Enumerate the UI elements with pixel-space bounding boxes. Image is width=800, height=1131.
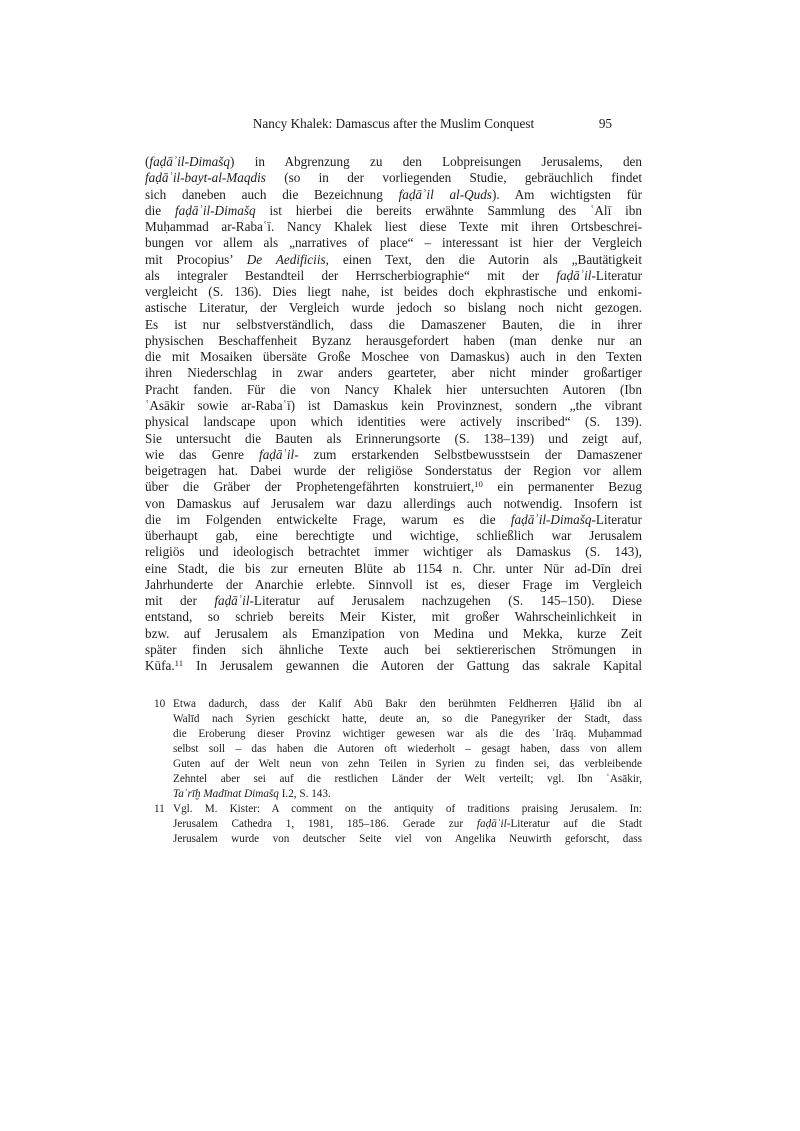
- text-line: vergleicht (S. 136). Dies liegt nahe, is…: [145, 284, 642, 300]
- text-line: entstand, so schrieb bereits Meir Kister…: [145, 609, 642, 625]
- text-segment: In Jerusalem gewannen die Autoren der Ga…: [183, 658, 642, 673]
- text-segment: mit der: [145, 593, 214, 608]
- text-segment: -Literatur auf die Stadt: [507, 818, 642, 830]
- footnote: 10Etwa dadurch, dass der Kalif Abū Bakr …: [145, 697, 642, 802]
- text-segment: ). Am wichtigsten für: [492, 187, 642, 202]
- text-line: faḍāʾil-bayt-al-Maqdis (so in der vorlie…: [145, 170, 642, 186]
- text-segment: mit Procopius’: [145, 252, 247, 267]
- text-line: die mit Mosaiken übersäte Große Moschee …: [145, 349, 642, 365]
- text-line: als integraler Bestandteil der Herrscher…: [145, 268, 642, 284]
- text-segment: Jerusalem wurde von deutscher Seite viel…: [173, 833, 642, 845]
- text-segment: bzw. auf Jerusalem als Emanzipation von …: [145, 626, 642, 641]
- footnote-ref: 11: [175, 658, 183, 668]
- text-segment: zum erstarkenden Selbstbewusstsein der D…: [299, 447, 642, 462]
- footnotes-section: 10Etwa dadurch, dass der Kalif Abū Bakr …: [145, 697, 642, 847]
- italic-text: faḍāʾil-: [259, 447, 299, 462]
- text-segment: Es ist nur selbstverständlich, dass die …: [145, 317, 642, 332]
- text-segment: ʿAsākir sowie ar-Rabaʿī) ist Damaskus ke…: [145, 398, 642, 413]
- text-segment: (so in der vorliegenden Studie, gebräuch…: [266, 170, 642, 185]
- italic-text: faḍāʾil-Dimašq: [175, 203, 256, 218]
- body-text: (faḍāʾil-Dimašq) in Abgrenzung zu den Lo…: [145, 154, 642, 675]
- text-line: die Eroberung dieser Provinz wichtiger g…: [173, 727, 642, 742]
- text-segment: Etwa dadurch, dass der Kalif Abū Bakr de…: [173, 698, 642, 710]
- text-segment: Kūfa.: [145, 658, 175, 673]
- text-line: sich daneben auch die Bezeichnung faḍāʾi…: [145, 187, 642, 203]
- italic-text: De Aedificiis: [247, 252, 326, 267]
- text-segment: astische Literatur, der Vergleich wurde …: [145, 300, 642, 315]
- running-head-title: Nancy Khalek: Damascus after the Muslim …: [145, 116, 642, 132]
- footnote-number: 11: [145, 802, 173, 817]
- text-line: Sie untersucht die Bauten als Erinnerung…: [145, 431, 642, 447]
- text-segment: überhaupt gab, eine berechtigte und wich…: [145, 528, 642, 543]
- text-segment: Muḥammad ar-Rabaʿī. Nancy Khalek liest d…: [145, 219, 642, 234]
- text-line: eine Stadt, die bis zur erneuten Blüte a…: [145, 561, 642, 577]
- text-line: mit der faḍāʾil-Literatur auf Jerusalem …: [145, 593, 642, 609]
- text-segment: physical landscape upon which identities…: [145, 414, 642, 429]
- italic-text: faḍāʾil-Dimašq: [149, 154, 230, 169]
- text-line: überhaupt gab, eine berechtigte und wich…: [145, 528, 642, 544]
- text-segment: von Damaskus auf Jerusalem war dazu alle…: [145, 496, 642, 511]
- text-segment: über die Gräber der Prophetengefährten k…: [145, 479, 474, 494]
- text-segment: religiös und ideologisch betrachtet imme…: [145, 544, 642, 559]
- text-line: Muḥammad ar-Rabaʿī. Nancy Khalek liest d…: [145, 219, 642, 235]
- text-segment: Jerusalem Cathedra 1, 1981, 185–186. Ger…: [173, 818, 477, 830]
- text-line: Guten auf der Welt neun von zehn Teilen …: [173, 757, 642, 772]
- text-segment: Zehntel aber sei auf die restlichen Länd…: [173, 773, 642, 785]
- text-line: von Damaskus auf Jerusalem war dazu alle…: [145, 496, 642, 512]
- text-segment: ist hierbei die bereits erwähnte Sammlun…: [256, 203, 642, 218]
- text-segment: vergleicht (S. 136). Dies liegt nahe, is…: [145, 284, 642, 299]
- text-line: Es ist nur selbstverständlich, dass die …: [145, 317, 642, 333]
- text-line: astische Literatur, der Vergleich wurde …: [145, 300, 642, 316]
- text-segment: Guten auf der Welt neun von zehn Teilen …: [173, 758, 642, 770]
- italic-text: faḍāʾil-bayt-al-Maqdis: [145, 170, 266, 185]
- text-segment: die: [145, 203, 175, 218]
- text-line: die im Folgenden entwickelte Frage, waru…: [145, 512, 642, 528]
- text-line: Vgl. M. Kister: A comment on the antiqui…: [173, 802, 642, 817]
- text-segment: Pracht fanden. Für die von Nancy Khalek …: [145, 382, 642, 397]
- text-line: Zehntel aber sei auf die restlichen Länd…: [173, 772, 642, 787]
- running-head: Nancy Khalek: Damascus after the Muslim …: [145, 116, 642, 132]
- text-segment: -Literatur auf Jerusalem nachzugehen (S.…: [250, 593, 643, 608]
- text-segment: eine Stadt, die bis zur erneuten Blüte a…: [145, 561, 642, 576]
- text-line: Etwa dadurch, dass der Kalif Abū Bakr de…: [173, 697, 642, 712]
- text-segment: entstand, so schrieb bereits Meir Kister…: [145, 609, 642, 624]
- text-segment: beigetragen hat. Dabei wurde der religiö…: [145, 463, 642, 478]
- footnote: 11Vgl. M. Kister: A comment on the antiq…: [145, 802, 642, 847]
- italic-text: faḍāʾil-Dimašq: [511, 512, 592, 527]
- text-line: selbst soll – das haben die Autoren oft …: [173, 742, 642, 757]
- text-line: über die Gräber der Prophetengefährten k…: [145, 479, 642, 495]
- text-line: Taʾrīḫ Madīnat Dimašq I.2, S. 143.: [173, 787, 642, 802]
- text-segment: -Literatur: [591, 512, 642, 527]
- footnote-number: 10: [145, 697, 173, 712]
- text-line: (faḍāʾil-Dimašq) in Abgrenzung zu den Lo…: [145, 154, 642, 170]
- text-line: Jahrhunderte der Anarchie erlebte. Sinnv…: [145, 577, 642, 593]
- text-segment: Jahrhunderte der Anarchie erlebte. Sinnv…: [145, 577, 642, 592]
- text-line: Jerusalem wurde von deutscher Seite viel…: [173, 832, 642, 847]
- text-line: ʿAsākir sowie ar-Rabaʿī) ist Damaskus ke…: [145, 398, 642, 414]
- text-line: Kūfa.11 In Jerusalem gewannen die Autore…: [145, 658, 642, 674]
- text-segment: , einen Text, den die Autorin als „Bautä…: [326, 252, 642, 267]
- journal-page: Nancy Khalek: Damascus after the Muslim …: [0, 0, 800, 1131]
- text-segment: -Literatur: [591, 268, 642, 283]
- text-segment: als integraler Bestandteil der Herrscher…: [145, 268, 556, 283]
- text-line: mit Procopius’ De Aedificiis, einen Text…: [145, 252, 642, 268]
- text-segment: ihren Niederschlag in zwar anders gearte…: [145, 365, 642, 380]
- text-segment: ) in Abgrenzung zu den Lobpreisungen Jer…: [230, 154, 642, 169]
- page-number: 95: [599, 116, 612, 132]
- text-segment: Vgl. M. Kister: A comment on the antiqui…: [173, 803, 642, 815]
- italic-text: Taʾrīḫ Madīnat Dimašq: [173, 788, 279, 800]
- footnote-ref: 10: [474, 479, 483, 489]
- footnote-text: Etwa dadurch, dass der Kalif Abū Bakr de…: [173, 697, 642, 802]
- text-segment: physischen Beschaffenheit Byzanz herausg…: [145, 333, 642, 348]
- text-segment: die im Folgenden entwickelte Frage, waru…: [145, 512, 511, 527]
- text-line: ihren Niederschlag in zwar anders gearte…: [145, 365, 642, 381]
- text-line: Jerusalem Cathedra 1, 1981, 185–186. Ger…: [173, 817, 642, 832]
- text-line: wie das Genre faḍāʾil- zum erstarkenden …: [145, 447, 642, 463]
- text-segment: sich daneben auch die Bezeichnung: [145, 187, 399, 202]
- text-line: später finden sich ähnliche Texte auch b…: [145, 642, 642, 658]
- text-segment: I.2, S. 143.: [279, 788, 331, 800]
- text-line: Pracht fanden. Für die von Nancy Khalek …: [145, 382, 642, 398]
- text-line: physischen Beschaffenheit Byzanz herausg…: [145, 333, 642, 349]
- text-segment: Sie untersucht die Bauten als Erinnerung…: [145, 431, 642, 446]
- text-segment: wie das Genre: [145, 447, 259, 462]
- text-segment: später finden sich ähnliche Texte auch b…: [145, 642, 642, 657]
- text-segment: selbst soll – das haben die Autoren oft …: [173, 743, 642, 755]
- text-segment: ein permanenter Bezug: [483, 479, 642, 494]
- italic-text: faḍāʾil: [477, 818, 507, 830]
- text-line: religiös und ideologisch betrachtet imme…: [145, 544, 642, 560]
- text-segment: die Eroberung dieser Provinz wichtiger g…: [173, 728, 642, 740]
- text-line: physical landscape upon which identities…: [145, 414, 642, 430]
- text-line: bzw. auf Jerusalem als Emanzipation von …: [145, 626, 642, 642]
- italic-text: faḍāʾil al-Quds: [399, 187, 492, 202]
- footnote-text: Vgl. M. Kister: A comment on the antiqui…: [173, 802, 642, 847]
- text-line: die faḍāʾil-Dimašq ist hierbei die berei…: [145, 203, 642, 219]
- text-line: beigetragen hat. Dabei wurde der religiö…: [145, 463, 642, 479]
- text-segment: die mit Mosaiken übersäte Große Moschee …: [145, 349, 642, 364]
- text-line: bungen vor allem als „narratives of plac…: [145, 235, 642, 251]
- italic-text: faḍāʾil: [214, 593, 249, 608]
- text-segment: Walīd nach Syrien geschickt hatte, deute…: [173, 713, 642, 725]
- text-segment: bungen vor allem als „narratives of plac…: [145, 235, 642, 250]
- italic-text: faḍāʾil: [556, 268, 591, 283]
- text-line: Walīd nach Syrien geschickt hatte, deute…: [173, 712, 642, 727]
